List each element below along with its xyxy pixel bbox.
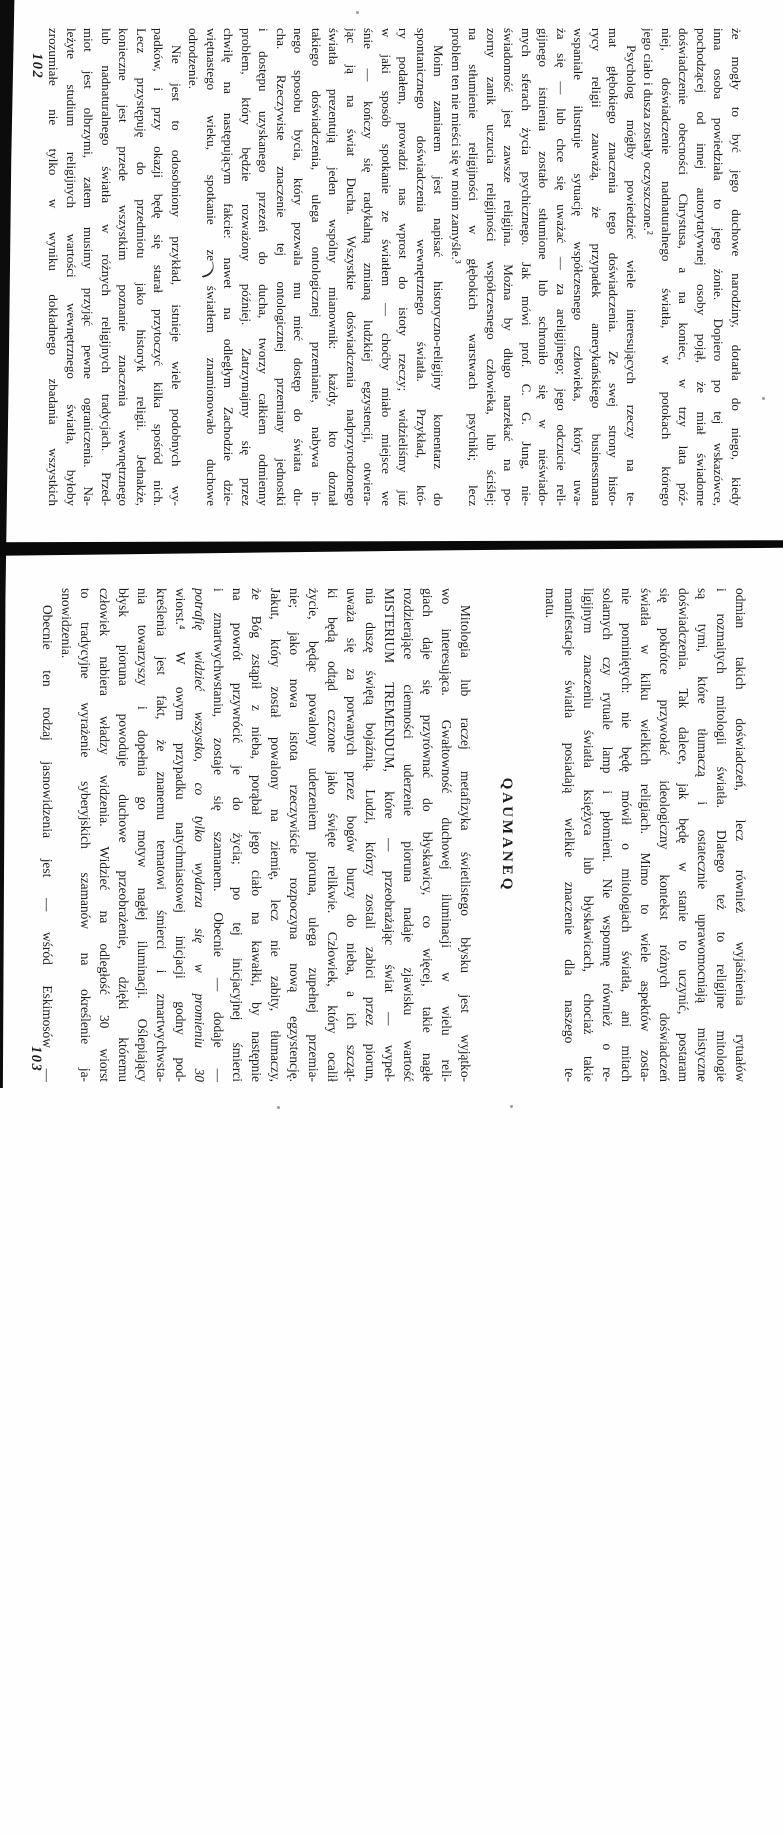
text-line: miot jest olbrzymi, zatem musimy przyjąć… [80,28,98,506]
text-line: lub nadnaturalnego światła w różnych rel… [98,28,116,506]
page-103-text-before-heading: odmian takich doświadczeń, lecz również … [541,588,750,1082]
text-line: rozdzierające ciemności uderzenie piorun… [399,588,418,1082]
text-line: że mogły to być jego duchowe narodziny, … [728,28,746,506]
text-line: śnie — kończy się radykalną zmianą ludzk… [360,28,378,506]
chapter-heading: QAUMANEQ [497,588,516,1082]
text-line: Mitologia lub raczej metafizyka świetlis… [456,588,475,1082]
text-line: rycy religii zauważą, że przypadek amery… [588,28,606,506]
scan-speck [762,397,765,400]
text-line: światła prezentują jeden wspólny mianown… [325,28,343,506]
text-line: odmian takich doświadczeń, lecz również … [731,588,750,1082]
text-line: solarnych czy rytuale lamp i płomieni. N… [598,588,617,1082]
text-line: nie; jako nowa istota rzeczywiście rozpo… [285,588,304,1082]
text-line: i zmartwychwstaniu, zostaje się szamanem… [209,588,228,1082]
text-line: ry podałem, prowadzi nas wprost do istot… [395,28,413,506]
page-number: 103 [27,1046,44,1092]
page-102-number: 102 [28,53,45,97]
page-103: odmian takich doświadczeń, lecz również … [38,588,750,1082]
text-line: doświadczenie obecności Chrystusa, a na … [675,28,693,506]
page-102-text: że mogły to być jego duchowe narodziny, … [45,28,745,506]
text-line: na stłumienie religijności w głębokich w… [465,28,483,506]
text-line: nego sposobu bycia, który pozwala mu mie… [290,28,308,506]
text-line: uważa się za porwanych przez bogów burzy… [342,588,361,1082]
text-line: życie, będąc powalony uderzeniem pioruna… [304,588,323,1082]
text-line: światła w kilku wielkich religiach. Mimo… [636,588,655,1082]
text-line: niej, doświadczenie nadnaturalnego świat… [658,28,676,506]
text-line: nie pominiętych: nie będę mówił o mitolo… [617,588,636,1082]
text-line: człowiek nabiera władzy widzenia. Widzie… [95,588,114,1082]
text-line: potrafię widzieć wszystko, co tylko wyda… [190,588,209,1082]
scan-speck [510,1105,513,1108]
text-line: zrozumiałe nie tylko w wyniku dokładnego… [45,28,63,506]
scan-speck [277,1106,280,1109]
text-line: i dostępu uzyskanego przezeń do ducha, t… [255,28,273,506]
text-line: że Bóg zstąpił z nieba, porąbał jego cia… [247,588,266,1082]
text-line: snowidzenia. [57,588,76,1082]
text-line: i rozmaitych mitologii światła. Dlatego … [712,588,731,1082]
text-line: są tymi, które tłumaczą i ostatecznie up… [693,588,712,1082]
page-103-text-block: odmian takich doświadczeń, lecz również … [38,588,750,1082]
text-line: inna osoba powiedziała to jego żonie. Do… [710,28,728,506]
text-line: padków, i przy okazji będę się starał pr… [150,28,168,506]
text-line: doświadczenia. Tak dalece, jak będę w st… [674,588,693,1082]
text-line: kreślenia jest fakt, że znanemu tematowi… [152,588,171,1082]
text-line: ki będą odtąd czczone jako święte relikw… [323,588,342,1082]
text-line: nia towarzyszy i dopełnia go motyw nagłe… [133,588,152,1082]
text-line: jego ciało i dusza zostały oczyszczone.² [640,28,658,506]
page-102: że mogły to być jego duchowe narodziny, … [45,28,745,506]
scan-speck [356,11,359,14]
text-line: matu. [541,588,560,1082]
page-102-text-block: że mogły to być jego duchowe narodziny, … [45,28,745,506]
text-line: takiego doświadczenia, ulega ontologiczn… [308,28,326,506]
text-line: cha. Rzeczywiste znaczenie tej ontologic… [273,28,291,506]
text-line: świadomość jest zawsze religijna. Można … [500,28,518,506]
page-number: 102 [28,53,45,97]
page-103-text-after-heading: Mitologia lub raczej metafizyka świetlis… [38,588,475,1082]
text-line: pochodzącej od innej autorytatywnej osob… [693,28,711,506]
text-line: mat głębokiego znaczenia tego doświadcze… [605,28,623,506]
text-line: problem, który będzie rozważony później.… [238,28,256,506]
text-line: Psycholog mógłby powiedzieć wiele intere… [623,28,641,506]
text-line: jąc ją na świat Ducha. Wszystkie doświad… [343,28,361,506]
text-line: Nie jest to odosobniony przykład, istnie… [168,28,186,506]
text-line: mych sferach życia psychicznego. Jak mów… [518,28,536,506]
text-line: ligijnym znaczeniu światła księżyca lub … [579,588,598,1082]
text-line: nia duszę świętą bojaźnią. Ludzi, którzy… [361,588,380,1082]
text-line: się pokrótce przywołać ideologiczny kont… [655,588,674,1082]
text-line: chwilę na następującym fakcie: nawet na … [220,28,238,506]
text-line: gijnego istnienia zostało stłumione lub … [535,28,553,506]
text-line: błysk pioruna powoduje duchowe przeobraż… [114,588,133,1082]
text-line: konieczne jest przede wszystkim poznanie… [115,28,133,506]
text-line: Lecz przystępuję do przedmiotu jako hist… [133,28,151,506]
text-line: spontanicznego doświadczenia wewnętrzneg… [413,28,431,506]
text-line: wspaniale ilustruje sytuację współczesne… [570,28,588,506]
scanned-book-spread: że mogły to być jego duchowe narodziny, … [0,0,783,1836]
text-line: Moim zamiarem jest napisać historyczno-r… [430,28,448,506]
text-line: Obecnie ten rodzaj jasnowidzenia jest — … [38,588,57,1082]
text-line: manifestacje światła posiadają wielkie z… [560,588,579,1082]
text-line: Jakut, który został powalony na ziemię, … [266,588,285,1082]
page-103-number: 103 [26,1046,44,1092]
book-spine-shadow [0,539,783,559]
text-line: w jaki sposób spotkanie ze światłem — ch… [378,28,396,506]
text-line: problem ten nie mieści się w moim zamyśl… [448,28,466,506]
text-line: giach daje się przyrównać do błyskawicy,… [418,588,437,1082]
text-line: na powrót przywrócić je do życia; po tej… [228,588,247,1082]
text-line: ża się — lub chce się uważać — za arelig… [553,28,571,506]
text-line: zorny zanik uczucia religijności współcz… [483,28,501,506]
text-line: to tradycyjne wyrażenie syberyjskich sza… [76,588,95,1082]
text-line: wo interesująca. Gwałtowność duchowej il… [437,588,456,1082]
text-line: MISTERIUM TREMENDUM, które — przeobrażaj… [380,588,399,1082]
text-line: leżyte studium religijnych wartości wewn… [63,28,81,506]
text-line: wiorst.⁴ W owym przypadku natychmiastowe… [171,588,190,1082]
